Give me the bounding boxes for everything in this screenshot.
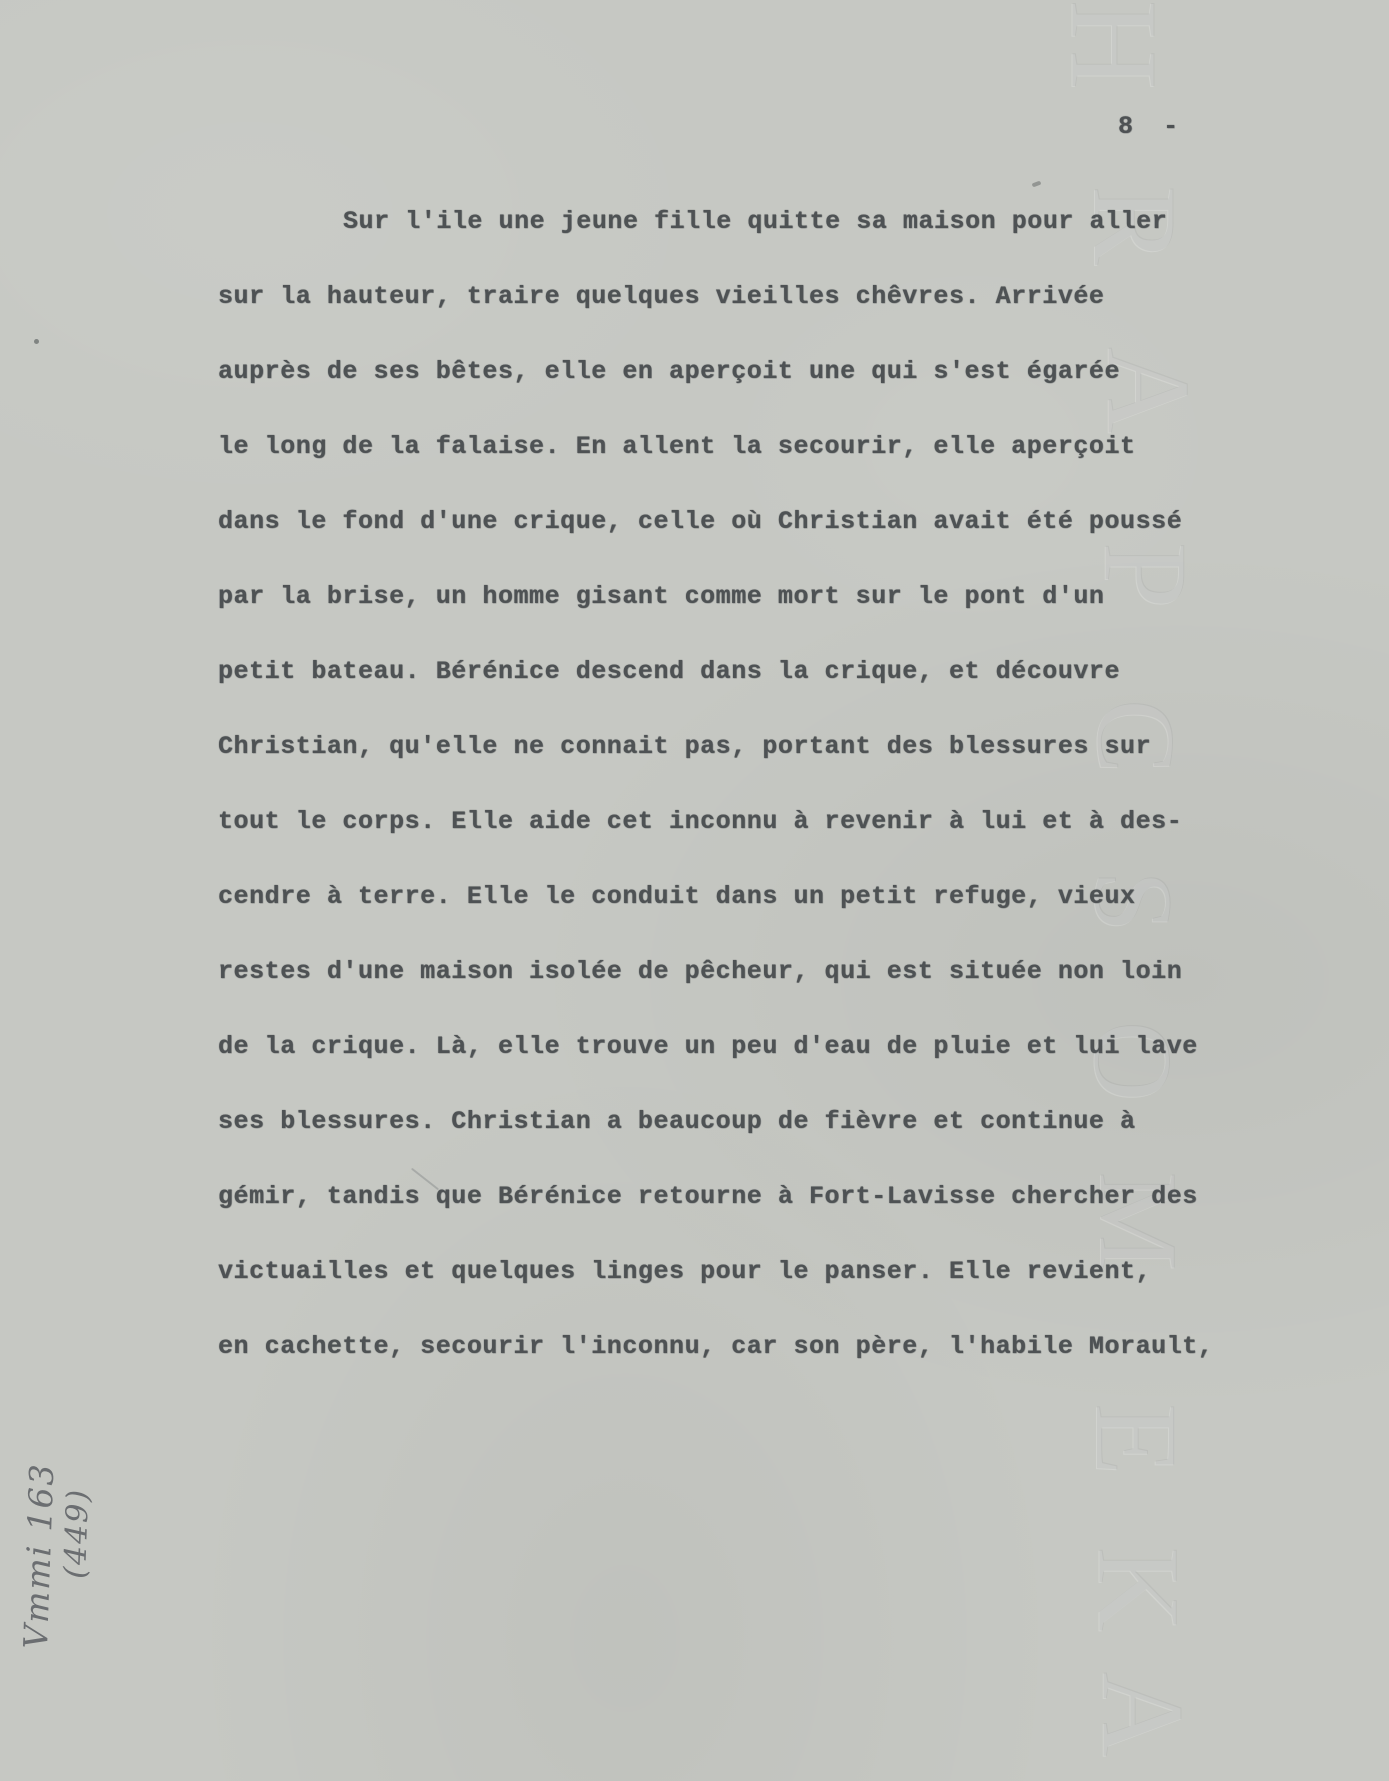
typed-line: le long de la falaise. En allent la seco… <box>218 430 1136 464</box>
typed-line: Sur l'ile une jeune fille quitte sa mais… <box>343 205 1167 239</box>
typed-line: Christian, qu'elle ne connait pas, porta… <box>218 730 1151 764</box>
watermark-glyph: A <box>1084 1671 1202 1756</box>
typed-line: petit bateau. Bérénice descend dans la c… <box>218 655 1120 689</box>
typed-line: tout le corps. Elle aide cet inconnu à r… <box>218 805 1182 839</box>
typed-line: par la brise, un homme gisant comme mort… <box>218 580 1105 614</box>
typed-line: victuailles et quelques linges pour le p… <box>218 1255 1151 1289</box>
typed-paragraph: Sur l'ile une jeune fille quitte sa mais… <box>218 205 1238 1405</box>
typed-line: ses blessures. Christian a beaucoup de f… <box>218 1105 1136 1139</box>
typewritten-page: HRAPCSOMEKA 8 - Sur l'ile une jeune fill… <box>0 0 1389 1781</box>
handwritten-margin-note: Vmmi 163 (449) <box>0 1330 120 1690</box>
watermark-glyph: E <box>1077 1403 1195 1475</box>
typed-line: gémir, tandis que Bérénice retourne à Fo… <box>218 1180 1198 1214</box>
typed-line: dans le fond d'une crique, celle où Chri… <box>218 505 1182 539</box>
paper-speck <box>34 339 39 344</box>
margin-note-secondary: (449) <box>58 1487 96 1579</box>
typed-line: de la crique. Là, elle trouve un peu d'e… <box>218 1030 1198 1064</box>
page-number: 8 - <box>1118 112 1179 141</box>
margin-note-reference: Vmmi 163 <box>16 1462 61 1650</box>
typed-line: sur la hauteur, traire quelques vieilles… <box>218 280 1105 314</box>
typed-line: auprès de ses bêtes, elle en aperçoit un… <box>218 355 1120 389</box>
watermark-glyph: H <box>1051 0 1176 90</box>
typed-line: restes d'une maison isolée de pêcheur, q… <box>218 955 1182 989</box>
watermark-glyph: K <box>1080 1546 1198 1631</box>
typed-line: cendre à terre. Elle le conduit dans un … <box>218 880 1136 914</box>
typed-line: en cachette, secourir l'inconnu, car son… <box>218 1330 1213 1364</box>
paper-speck <box>1032 181 1042 188</box>
